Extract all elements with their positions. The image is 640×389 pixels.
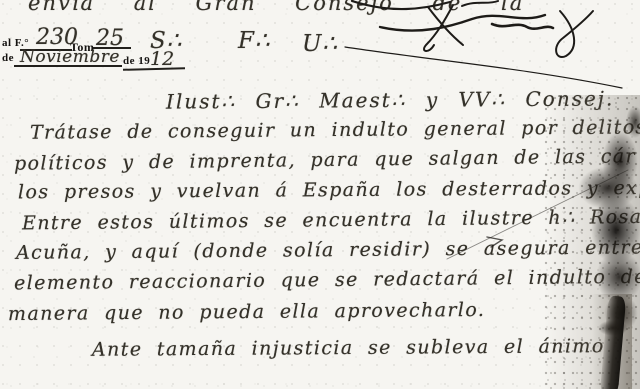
stamp-month-underline [14,65,122,67]
masonic-letter-f: F∴ [238,28,271,54]
stamp-month-value: Noviembre [20,47,120,67]
top-line-fragment: envía al Gran Consejo de la [28,0,524,15]
body-line-2: políticos y de imprenta, para que salgan… [14,145,636,175]
body-line-8: Ante tamaña injusticia se subleva el áni… [92,335,605,361]
scan-blotch [626,106,640,138]
scanned-letter-page: envía al Gran Consejo de la al F.° 230 T… [0,0,640,389]
body-line-7: manera que no pueda ella aprovecharlo. [8,299,485,325]
stamp-de-label: de [2,52,14,64]
masonic-letter-s: S∴ [150,28,182,54]
stamp-de19-label: de 19 [123,55,150,67]
masonic-letter-u: U∴ [302,31,338,57]
